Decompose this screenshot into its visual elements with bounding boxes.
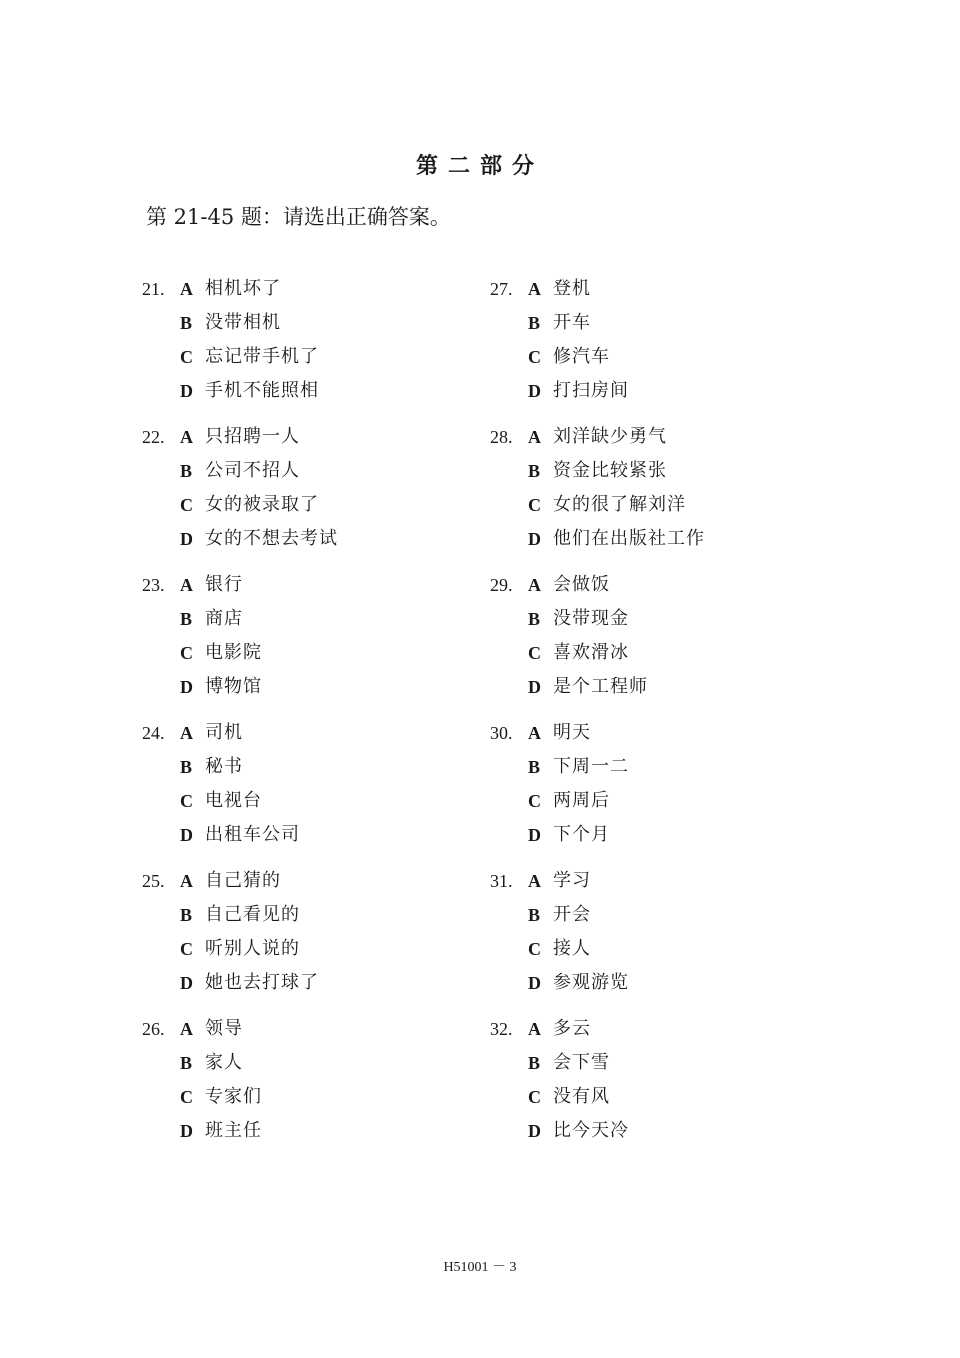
option-letter: A — [528, 568, 548, 602]
question-28: 28. A 刘洋缺少勇气 B 资金比较紧张 C 女的很了解刘洋 D 他们在出版社… — [490, 420, 830, 568]
option-text: 女的很了解刘洋 — [553, 488, 686, 522]
option-letter: D — [528, 1114, 548, 1148]
option-a: 25. A 自己猜的 — [142, 864, 482, 898]
option-b: B 资金比较紧张 — [490, 454, 830, 488]
question-number: 31. — [490, 864, 530, 898]
option-letter: D — [528, 522, 548, 556]
option-text: 家人 — [205, 1046, 243, 1080]
option-text: 打扫房间 — [553, 374, 629, 408]
option-text: 司机 — [205, 716, 243, 750]
option-d: D 她也去打球了 — [142, 966, 482, 1000]
option-text: 修汽车 — [553, 340, 610, 374]
option-letter: A — [180, 1012, 200, 1046]
option-text: 秘书 — [205, 750, 243, 784]
option-c: C 女的被录取了 — [142, 488, 482, 522]
option-b: B 开车 — [490, 306, 830, 340]
option-text: 手机不能照相 — [205, 374, 319, 408]
option-c: C 两周后 — [490, 784, 830, 818]
option-letter: A — [180, 272, 200, 306]
option-text: 电视台 — [205, 784, 262, 818]
question-column-right: 27. A 登机 B 开车 C 修汽车 D 打扫房间 28. A 刘洋缺少勇气 … — [490, 272, 830, 1160]
option-b: B 秘书 — [142, 750, 482, 784]
option-letter: C — [528, 488, 548, 522]
option-letter: D — [528, 374, 548, 408]
option-text: 登机 — [553, 272, 591, 306]
option-letter: C — [180, 1080, 200, 1114]
question-number: 21. — [142, 272, 182, 306]
option-letter: D — [528, 818, 548, 852]
option-letter: A — [180, 864, 200, 898]
option-letter: B — [528, 306, 548, 340]
option-text: 没带现金 — [553, 602, 629, 636]
option-c: C 电影院 — [142, 636, 482, 670]
option-text: 开车 — [553, 306, 591, 340]
option-d: D 班主任 — [142, 1114, 482, 1148]
option-text: 博物馆 — [205, 670, 262, 704]
option-letter: D — [180, 1114, 200, 1148]
option-b: B 开会 — [490, 898, 830, 932]
option-text: 她也去打球了 — [205, 966, 319, 1000]
option-d: D 博物馆 — [142, 670, 482, 704]
option-a: 30. A 明天 — [490, 716, 830, 750]
option-letter: D — [180, 522, 200, 556]
option-letter: D — [528, 670, 548, 704]
option-text: 两周后 — [553, 784, 610, 818]
question-32: 32. A 多云 B 会下雪 C 没有风 D 比今天冷 — [490, 1012, 830, 1160]
option-letter: B — [180, 898, 200, 932]
section-title: 第二部分 — [0, 150, 960, 184]
question-25: 25. A 自己猜的 B 自己看见的 C 听别人说的 D 她也去打球了 — [142, 864, 482, 1012]
option-letter: A — [528, 420, 548, 454]
option-letter: C — [528, 1080, 548, 1114]
option-d: D 出租车公司 — [142, 818, 482, 852]
question-24: 24. A 司机 B 秘书 C 电视台 D 出租车公司 — [142, 716, 482, 864]
option-b: B 没带相机 — [142, 306, 482, 340]
option-text: 专家们 — [205, 1080, 262, 1114]
option-text: 会做饭 — [553, 568, 610, 602]
option-a: 26. A 领导 — [142, 1012, 482, 1046]
option-d: D 比今天冷 — [490, 1114, 830, 1148]
question-number: 32. — [490, 1012, 530, 1046]
option-b: B 下周一二 — [490, 750, 830, 784]
option-letter: C — [528, 784, 548, 818]
option-text: 班主任 — [205, 1114, 262, 1148]
option-d: D 女的不想去考试 — [142, 522, 482, 556]
option-a: 22. A 只招聘一人 — [142, 420, 482, 454]
option-text: 参观游览 — [553, 966, 629, 1000]
option-letter: A — [528, 864, 548, 898]
option-c: C 修汽车 — [490, 340, 830, 374]
option-a: 28. A 刘洋缺少勇气 — [490, 420, 830, 454]
option-b: B 会下雪 — [490, 1046, 830, 1080]
option-a: 29. A 会做饭 — [490, 568, 830, 602]
option-text: 银行 — [205, 568, 243, 602]
option-text: 没有风 — [553, 1080, 610, 1114]
page-footer: H51001 － 3 — [0, 1258, 960, 1278]
option-c: C 听别人说的 — [142, 932, 482, 966]
question-number: 26. — [142, 1012, 182, 1046]
option-a: 32. A 多云 — [490, 1012, 830, 1046]
option-text: 喜欢滑冰 — [553, 636, 629, 670]
question-31: 31. A 学习 B 开会 C 接人 D 参观游览 — [490, 864, 830, 1012]
option-text: 相机坏了 — [205, 272, 281, 306]
option-letter: C — [180, 932, 200, 966]
option-text: 学习 — [553, 864, 591, 898]
option-a: 23. A 银行 — [142, 568, 482, 602]
option-text: 出租车公司 — [205, 818, 300, 852]
option-letter: D — [180, 374, 200, 408]
option-letter: B — [180, 602, 200, 636]
option-text: 是个工程师 — [553, 670, 648, 704]
question-number: 25. — [142, 864, 182, 898]
option-text: 商店 — [205, 602, 243, 636]
option-letter: B — [528, 454, 548, 488]
option-letter: D — [180, 670, 200, 704]
option-a: 24. A 司机 — [142, 716, 482, 750]
option-letter: A — [528, 716, 548, 750]
option-text: 自己看见的 — [205, 898, 300, 932]
option-letter: B — [180, 454, 200, 488]
option-letter: A — [180, 568, 200, 602]
option-text: 比今天冷 — [553, 1114, 629, 1148]
option-letter: B — [528, 1046, 548, 1080]
option-text: 他们在出版社工作 — [553, 522, 705, 556]
option-c: C 电视台 — [142, 784, 482, 818]
option-text: 电影院 — [205, 636, 262, 670]
option-b: B 自己看见的 — [142, 898, 482, 932]
option-c: C 专家们 — [142, 1080, 482, 1114]
question-number: 30. — [490, 716, 530, 750]
option-d: D 手机不能照相 — [142, 374, 482, 408]
option-text: 开会 — [553, 898, 591, 932]
option-letter: C — [528, 932, 548, 966]
option-text: 领导 — [205, 1012, 243, 1046]
option-letter: D — [180, 966, 200, 1000]
option-letter: C — [528, 340, 548, 374]
question-27: 27. A 登机 B 开车 C 修汽车 D 打扫房间 — [490, 272, 830, 420]
question-column-left: 21. A 相机坏了 B 没带相机 C 忘记带手机了 D 手机不能照相 22. … — [142, 272, 482, 1160]
question-number: 24. — [142, 716, 182, 750]
question-number: 28. — [490, 420, 530, 454]
option-letter: B — [180, 1046, 200, 1080]
question-26: 26. A 领导 B 家人 C 专家们 D 班主任 — [142, 1012, 482, 1160]
option-c: C 没有风 — [490, 1080, 830, 1114]
option-text: 只招聘一人 — [205, 420, 300, 454]
option-c: C 喜欢滑冰 — [490, 636, 830, 670]
option-text: 多云 — [553, 1012, 591, 1046]
option-d: D 是个工程师 — [490, 670, 830, 704]
option-b: B 家人 — [142, 1046, 482, 1080]
option-a: 21. A 相机坏了 — [142, 272, 482, 306]
option-letter: D — [180, 818, 200, 852]
option-text: 没带相机 — [205, 306, 281, 340]
option-text: 刘洋缺少勇气 — [553, 420, 667, 454]
option-letter: C — [180, 488, 200, 522]
question-number: 29. — [490, 568, 530, 602]
option-letter: C — [180, 636, 200, 670]
option-d: D 下个月 — [490, 818, 830, 852]
option-text: 忘记带手机了 — [205, 340, 319, 374]
option-text: 明天 — [553, 716, 591, 750]
question-number: 23. — [142, 568, 182, 602]
option-d: D 他们在出版社工作 — [490, 522, 830, 556]
option-a: 27. A 登机 — [490, 272, 830, 306]
option-letter: A — [528, 1012, 548, 1046]
question-number: 27. — [490, 272, 530, 306]
option-text: 听别人说的 — [205, 932, 300, 966]
option-text: 下周一二 — [553, 750, 629, 784]
option-letter: B — [528, 602, 548, 636]
option-text: 会下雪 — [553, 1046, 610, 1080]
option-letter: A — [180, 716, 200, 750]
option-text: 女的被录取了 — [205, 488, 319, 522]
question-22: 22. A 只招聘一人 B 公司不招人 C 女的被录取了 D 女的不想去考试 — [142, 420, 482, 568]
option-c: C 忘记带手机了 — [142, 340, 482, 374]
option-text: 女的不想去考试 — [205, 522, 338, 556]
option-letter: C — [180, 784, 200, 818]
option-c: C 女的很了解刘洋 — [490, 488, 830, 522]
question-29: 29. A 会做饭 B 没带现金 C 喜欢滑冰 D 是个工程师 — [490, 568, 830, 716]
option-letter: D — [528, 966, 548, 1000]
option-d: D 打扫房间 — [490, 374, 830, 408]
question-23: 23. A 银行 B 商店 C 电影院 D 博物馆 — [142, 568, 482, 716]
option-c: C 接人 — [490, 932, 830, 966]
option-letter: C — [180, 340, 200, 374]
option-letter: B — [528, 750, 548, 784]
option-text: 接人 — [553, 932, 591, 966]
option-d: D 参观游览 — [490, 966, 830, 1000]
question-30: 30. A 明天 B 下周一二 C 两周后 D 下个月 — [490, 716, 830, 864]
option-text: 下个月 — [553, 818, 610, 852]
option-b: B 公司不招人 — [142, 454, 482, 488]
option-letter: A — [528, 272, 548, 306]
option-b: B 商店 — [142, 602, 482, 636]
option-letter: B — [180, 306, 200, 340]
question-number: 22. — [142, 420, 182, 454]
option-letter: B — [528, 898, 548, 932]
option-letter: C — [528, 636, 548, 670]
instructions: 第 21-45 题：请选出正确答案。 — [146, 200, 451, 234]
option-b: B 没带现金 — [490, 602, 830, 636]
question-21: 21. A 相机坏了 B 没带相机 C 忘记带手机了 D 手机不能照相 — [142, 272, 482, 420]
option-a: 31. A 学习 — [490, 864, 830, 898]
option-text: 公司不招人 — [205, 454, 300, 488]
option-letter: B — [180, 750, 200, 784]
option-text: 自己猜的 — [205, 864, 281, 898]
option-letter: A — [180, 420, 200, 454]
option-text: 资金比较紧张 — [553, 454, 667, 488]
